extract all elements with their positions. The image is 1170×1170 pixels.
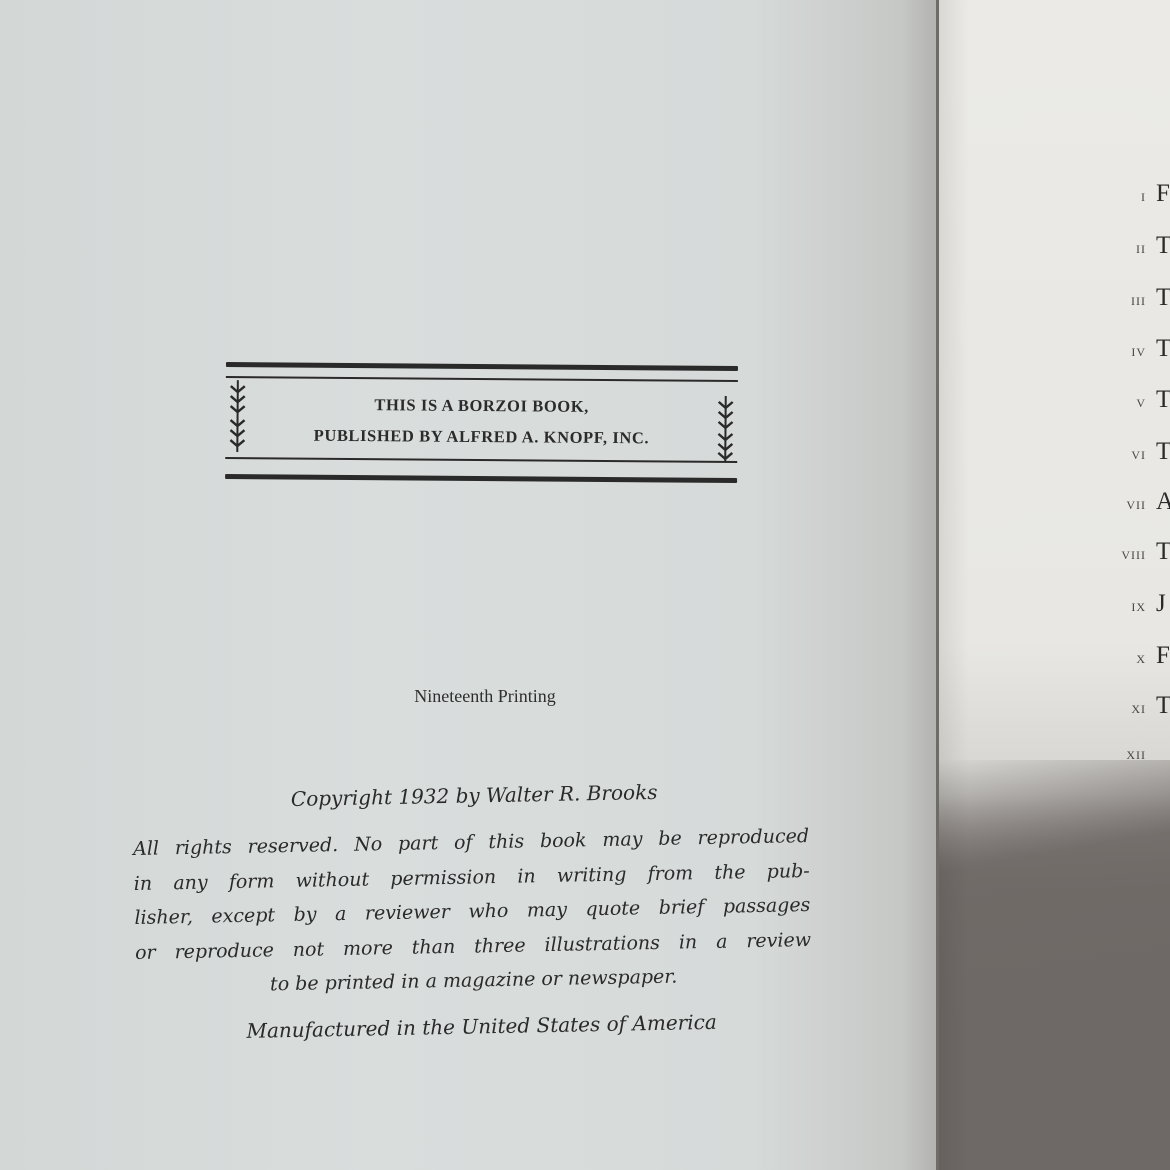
chapter-number: I	[1141, 186, 1146, 206]
chapter-number: III	[1131, 290, 1146, 310]
chapter-number: XI	[1131, 698, 1146, 718]
toc-row: VIIA	[1030, 488, 1170, 528]
colophon-line-1: THIS IS A BORZOI BOOK,	[226, 394, 738, 418]
chapter-title: T	[1156, 692, 1170, 720]
chapter-number: VII	[1126, 494, 1146, 514]
colophon-line-2: PUBLISHED BY ALFRED A. KNOPF, INC.	[225, 425, 737, 449]
toc-row: XIT	[1030, 692, 1170, 732]
toc-row: IVT	[1030, 335, 1170, 375]
printing-edition: Nineteenth Printing	[330, 686, 640, 707]
toc-row: VT	[1030, 386, 1170, 426]
copyright-block: Copyright 1932 by Walter R. Brooks All r…	[132, 777, 827, 1045]
chapter-title: T	[1156, 284, 1170, 312]
chapter-number: XII	[1126, 744, 1146, 764]
toc-row: XF	[1030, 642, 1170, 682]
chapter-title: F	[1156, 180, 1170, 208]
chapter-title: J	[1156, 590, 1170, 618]
chapter-title: T	[1156, 335, 1170, 363]
chapter-number: IX	[1131, 596, 1146, 616]
rule-bottom-thin	[225, 457, 737, 463]
rule-bottom-thick	[225, 474, 737, 483]
toc-row: VIT	[1030, 438, 1170, 478]
toc-row: IIIT	[1030, 284, 1170, 324]
toc-row: VIIIT	[1030, 538, 1170, 578]
chapter-number: VIII	[1121, 544, 1146, 564]
chapter-title: T	[1156, 232, 1170, 260]
page-shadow	[939, 760, 1170, 1170]
borzoi-colophon: THIS IS A BORZOI BOOK, PUBLISHED BY ALFR…	[225, 362, 738, 486]
page-edge	[936, 0, 939, 1170]
chapter-number: IV	[1131, 341, 1146, 361]
chapter-number: V	[1136, 392, 1146, 412]
toc-row: XII	[1030, 744, 1170, 784]
rule-top-thin	[226, 376, 738, 382]
toc-row: IF	[1030, 180, 1170, 220]
chapter-title: T	[1156, 386, 1170, 414]
chapter-number: X	[1136, 648, 1146, 668]
chapter-title: T	[1156, 538, 1170, 566]
rights-statement: All rights reserved. No part of this boo…	[133, 819, 826, 1005]
chapter-title: A	[1156, 488, 1170, 516]
gutter-shade	[939, 0, 969, 1170]
chapter-number: II	[1136, 238, 1146, 258]
chapter-title: F	[1156, 642, 1170, 670]
toc-row: IIT	[1030, 232, 1170, 272]
toc-row: IXJ	[1030, 590, 1170, 630]
chapter-number: VI	[1131, 444, 1146, 464]
chapter-title: T	[1156, 438, 1170, 466]
